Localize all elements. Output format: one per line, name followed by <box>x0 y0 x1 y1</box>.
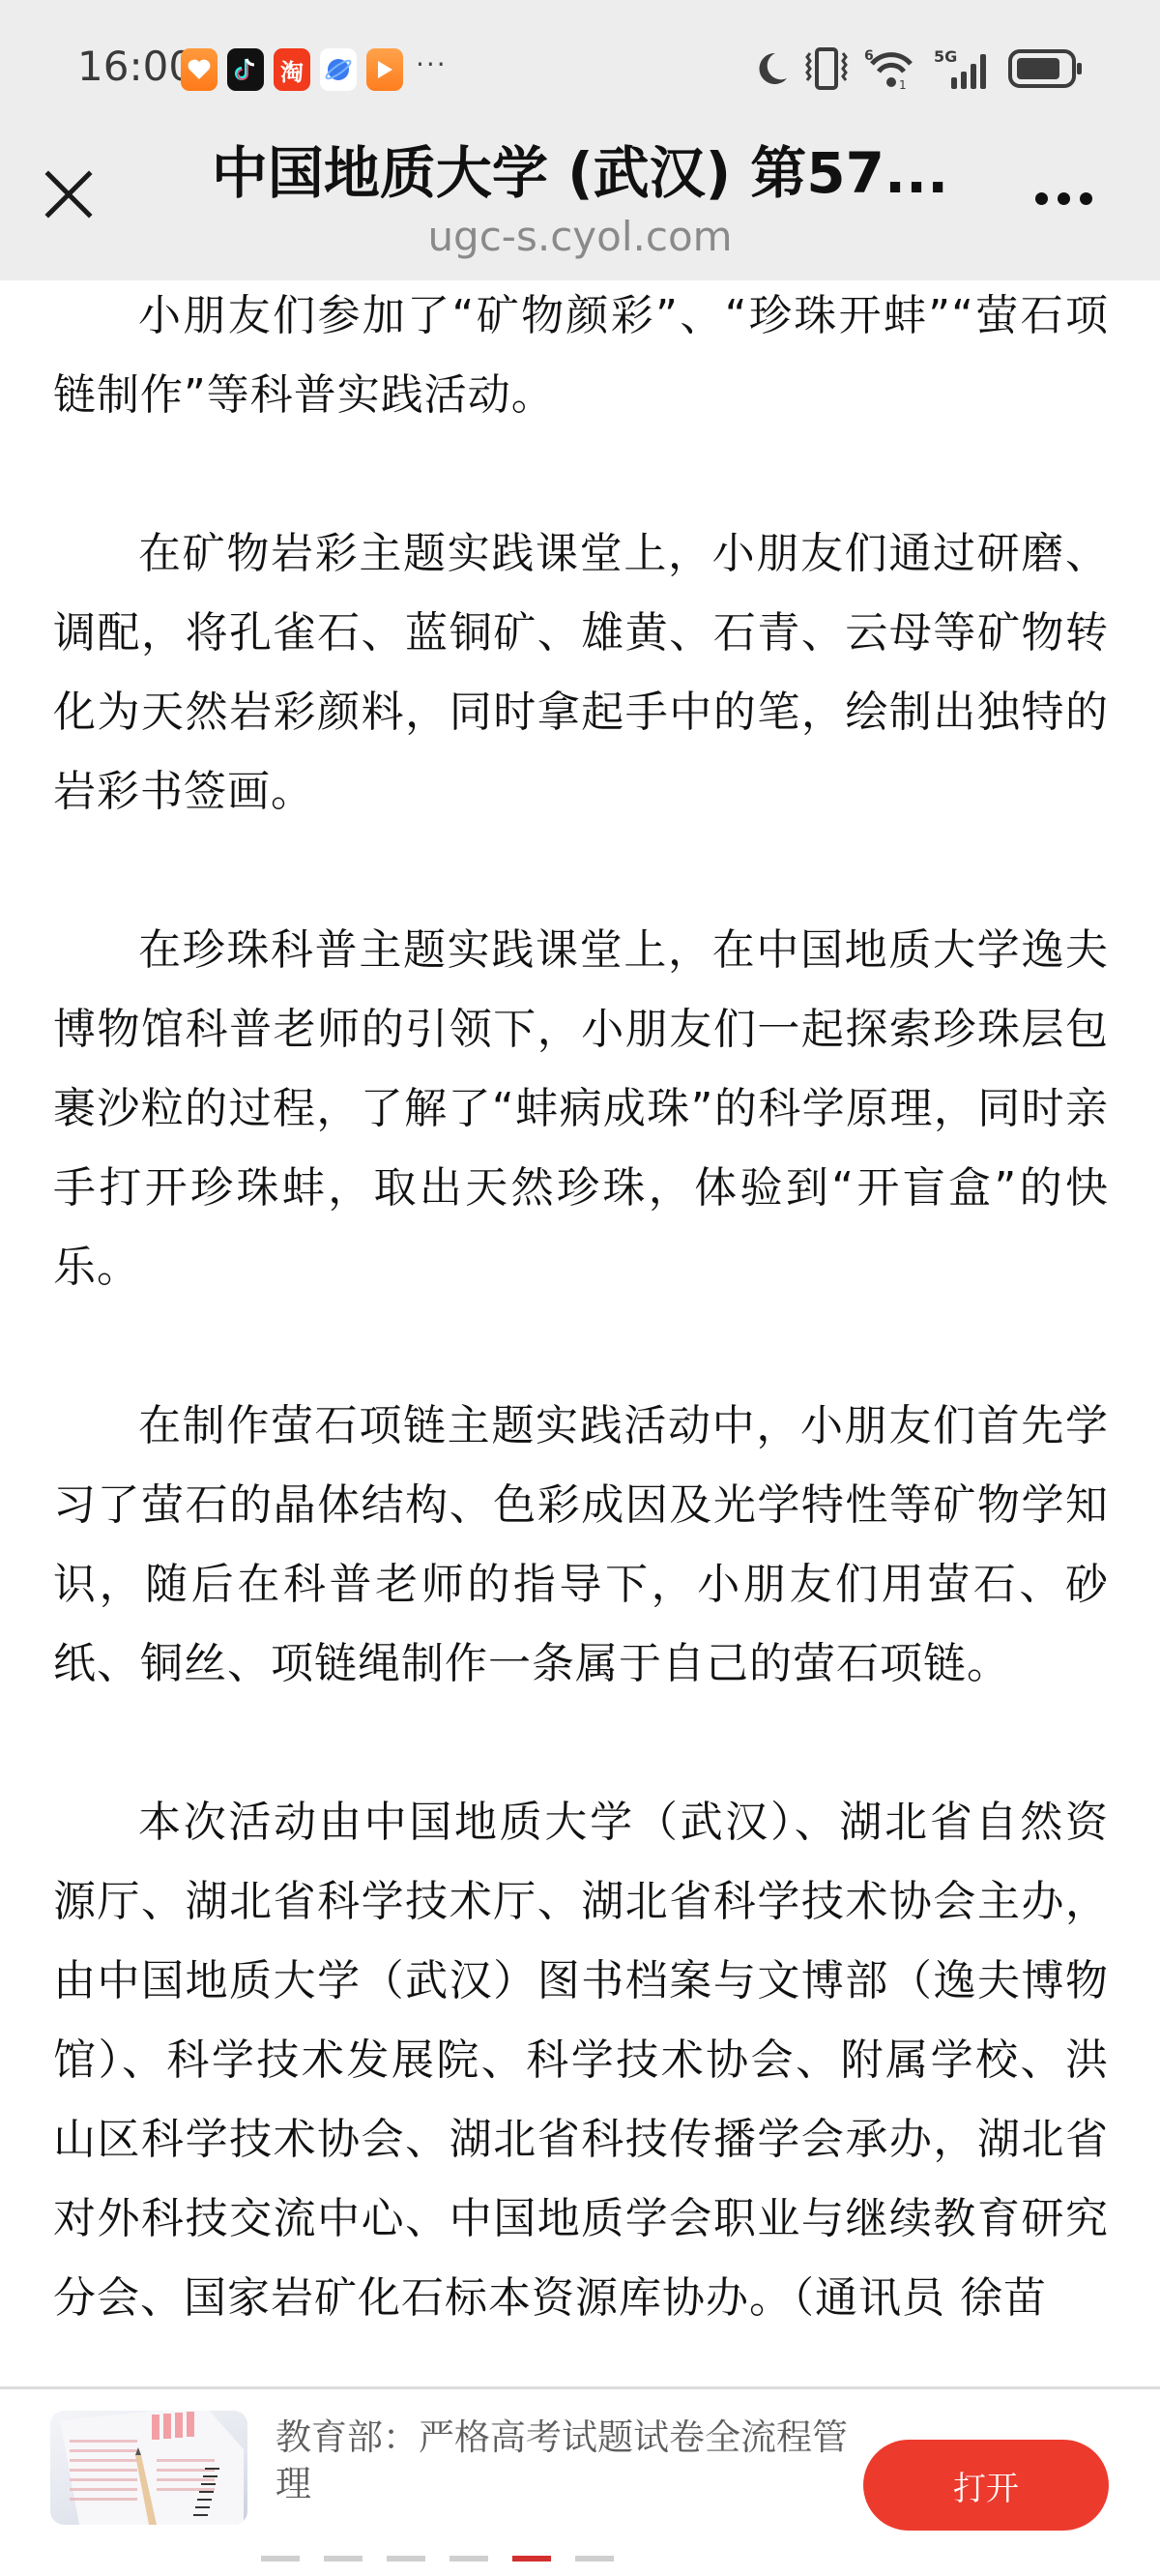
pager-indicator[interactable] <box>324 2556 362 2561</box>
status-bar: 16:00 淘 ··· 61 5G <box>0 0 1160 126</box>
browser-icon <box>320 48 357 91</box>
article-paragraph: 本次活动由中国地质大学（武汉）、湖北省自然资源厅、湖北省科学技术厅、湖北省科学技… <box>53 1783 1109 2338</box>
banner-thumbnail <box>50 2411 247 2525</box>
close-button[interactable] <box>39 164 99 224</box>
more-dot-icon <box>1058 192 1070 205</box>
cellular-5g-signal-icon: 5G <box>932 46 994 91</box>
pager-indicator[interactable] <box>387 2556 425 2561</box>
recommended-article-banner[interactable]: 教育部：严格高考试题试卷全流程管理 打开 <box>0 2386 1160 2576</box>
douyin-icon <box>227 48 264 91</box>
more-dot-icon <box>1080 192 1092 205</box>
answer-sheet-image-icon <box>60 2411 244 2525</box>
status-indicators: 61 5G <box>754 46 1085 91</box>
pager-indicator[interactable] <box>449 2556 488 2561</box>
wifi-6-icon: 61 <box>864 46 918 91</box>
health-app-icon <box>181 48 217 91</box>
article-paragraph: 在矿物岩彩主题实践课堂上，小朋友们通过研磨、调配，将孔雀石、蓝铜矿、雄黄、石青、… <box>53 514 1109 832</box>
article-paragraph: 在制作萤石项链主题实践活动中，小朋友们首先学习了萤石的晶体结构、色彩成因及光学特… <box>53 1387 1109 1704</box>
video-app-icon <box>366 48 403 91</box>
more-dot-icon <box>1035 192 1048 205</box>
banner-pager <box>261 2556 614 2561</box>
pager-indicator[interactable] <box>261 2556 300 2561</box>
pager-indicator-active[interactable] <box>512 2556 551 2561</box>
article-body: 小朋友们参加了“矿物颜彩”、“珍珠开蚌”“萤石项链制作”等科普实践活动。 在矿物… <box>53 280 1109 2417</box>
status-time: 16:00 <box>77 43 194 90</box>
article-paragraph: 小朋友们参加了“矿物颜彩”、“珍珠开蚌”“萤石项链制作”等科普实践活动。 <box>53 277 1109 435</box>
notification-app-icons: 淘 <box>181 48 403 91</box>
close-icon <box>43 169 94 220</box>
vibrate-icon <box>802 47 851 90</box>
more-notifications-icon: ··· <box>416 48 448 80</box>
page-url[interactable]: ugc-s.cyol.com <box>290 213 870 260</box>
page-title: 中国地质大学 (武汉) 第57... <box>193 128 967 209</box>
taobao-icon: 淘 <box>274 48 310 91</box>
banner-article-title[interactable]: 教育部：严格高考试题试卷全流程管理 <box>275 2415 865 2507</box>
do-not-disturb-moon-icon <box>754 49 789 88</box>
open-app-button[interactable]: 打开 <box>863 2440 1109 2531</box>
browser-top-chrome: 16:00 淘 ··· 61 5G 中国地质大学 <box>0 0 1160 280</box>
svg-text:5G: 5G <box>934 47 957 66</box>
article-paragraph: 在珍珠科普主题实践课堂上，在中国地质大学逸夫博物馆科普老师的引领下，小朋友们一起… <box>53 911 1109 1307</box>
more-options-button[interactable] <box>1025 174 1102 222</box>
battery-icon <box>1007 47 1085 90</box>
pager-indicator[interactable] <box>575 2556 614 2561</box>
svg-text:1: 1 <box>899 78 907 91</box>
